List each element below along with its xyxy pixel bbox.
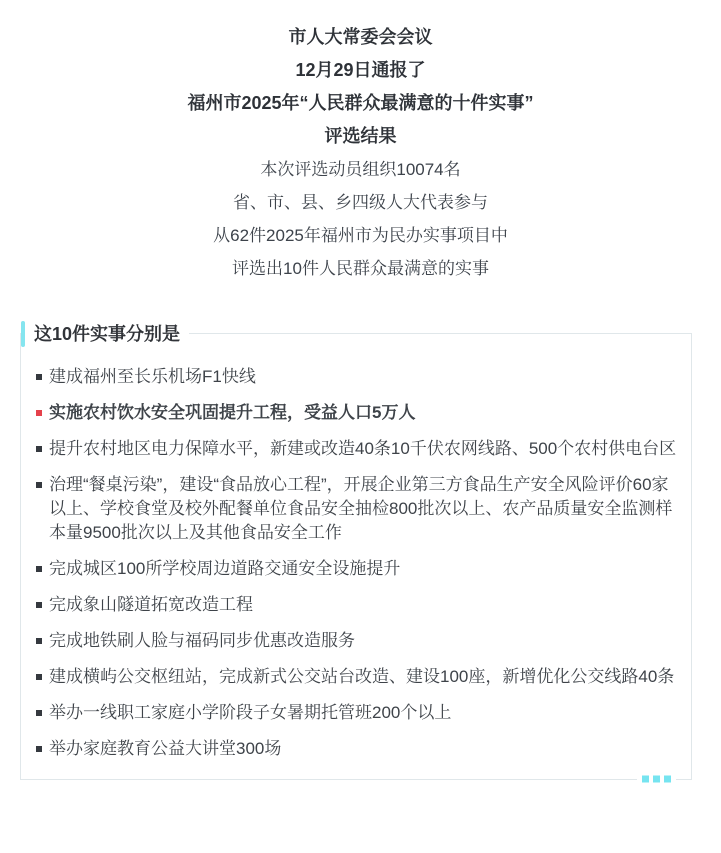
ten-items-box: 这10件实事分别是 建成福州至长乐机场F1快线 实施农村饮水安全巩固提升工程，受…	[20, 333, 692, 780]
bullet-square-icon	[36, 602, 42, 608]
item-text: 完成地铁刷人脸与福码同步优惠改造服务	[49, 629, 355, 653]
intro-line: 评选出10件人民群众最满意的实事	[0, 252, 721, 285]
item-text: 建成福州至长乐机场F1快线	[49, 365, 256, 389]
list-item: 提升农村地区电力保障水平，新建或改造40条10千伏农网线路、500个农村供电台区	[36, 437, 681, 461]
bullet-square-icon	[36, 446, 42, 452]
item-text: 治理“餐桌污染”，建设“食品放心工程”，开展企业第三方食品生产安全风险评价60家…	[49, 473, 681, 545]
bullet-square-icon	[36, 710, 42, 716]
list-item: 建成横屿公交枢纽站，完成新式公交站台改造、建设100座，新增优化公交线路40条	[36, 665, 681, 689]
intro-line: 省、市、县、乡四级人大代表参与	[0, 186, 721, 219]
list-item: 举办一线职工家庭小学阶段子女暑期托管班200个以上	[36, 701, 681, 725]
list-item: 完成象山隧道拓宽改造工程	[36, 593, 681, 617]
bullet-square-icon	[36, 674, 42, 680]
cyan-square-icon	[642, 776, 649, 783]
intro-line: 从62件2025年福州市为民办实事项目中	[0, 219, 721, 252]
intro-line: 福州市2025年“人民群众最满意的十件实事”	[0, 87, 721, 120]
item-text: 举办家庭教育公益大讲堂300场	[49, 737, 281, 761]
bullet-square-icon	[36, 566, 42, 572]
cyan-square-icon	[664, 776, 671, 783]
accent-bar-icon	[21, 321, 25, 347]
bullet-square-icon	[36, 482, 42, 488]
bullet-square-icon	[36, 410, 42, 416]
bullet-square-icon	[36, 638, 42, 644]
intro-section: 市人大常委会会议 12月29日通报了 福州市2025年“人民群众最满意的十件实事…	[0, 0, 721, 285]
box-title: 这10件实事分别是	[21, 321, 189, 347]
item-text: 完成城区100所学校周边道路交通安全设施提升	[49, 557, 400, 581]
item-text: 建成横屿公交枢纽站，完成新式公交站台改造、建设100座，新增优化公交线路40条	[49, 665, 674, 689]
list-item: 完成城区100所学校周边道路交通安全设施提升	[36, 557, 681, 581]
box-title-text: 这10件实事分别是	[34, 322, 180, 346]
list-item: 治理“餐桌污染”，建设“食品放心工程”，开展企业第三方食品生产安全风险评价60家…	[36, 473, 681, 545]
intro-line: 12月29日通报了	[0, 54, 721, 87]
items-list: 建成福州至长乐机场F1快线 实施农村饮水安全巩固提升工程，受益人口5万人 提升农…	[21, 334, 691, 779]
item-text: 提升农村地区电力保障水平，新建或改造40条10千伏农网线路、500个农村供电台区	[49, 437, 676, 461]
item-text: 完成象山隧道拓宽改造工程	[49, 593, 253, 617]
bullet-square-icon	[36, 746, 42, 752]
item-text: 举办一线职工家庭小学阶段子女暑期托管班200个以上	[49, 701, 451, 725]
bullet-square-icon	[36, 374, 42, 380]
intro-line: 市人大常委会会议	[0, 21, 721, 54]
intro-line: 本次评选动员组织10074名	[0, 153, 721, 186]
intro-line: 评选结果	[0, 120, 721, 153]
list-item: 举办家庭教育公益大讲堂300场	[36, 737, 681, 761]
corner-squares-decoration	[637, 776, 676, 783]
article-page: 市人大常委会会议 12月29日通报了 福州市2025年“人民群众最满意的十件实事…	[0, 0, 721, 853]
item-text: 实施农村饮水安全巩固提升工程，受益人口5万人	[49, 401, 415, 425]
list-item: 建成福州至长乐机场F1快线	[36, 365, 681, 389]
list-item-highlighted: 实施农村饮水安全巩固提升工程，受益人口5万人	[36, 401, 681, 425]
list-item: 完成地铁刷人脸与福码同步优惠改造服务	[36, 629, 681, 653]
cyan-square-icon	[653, 776, 660, 783]
